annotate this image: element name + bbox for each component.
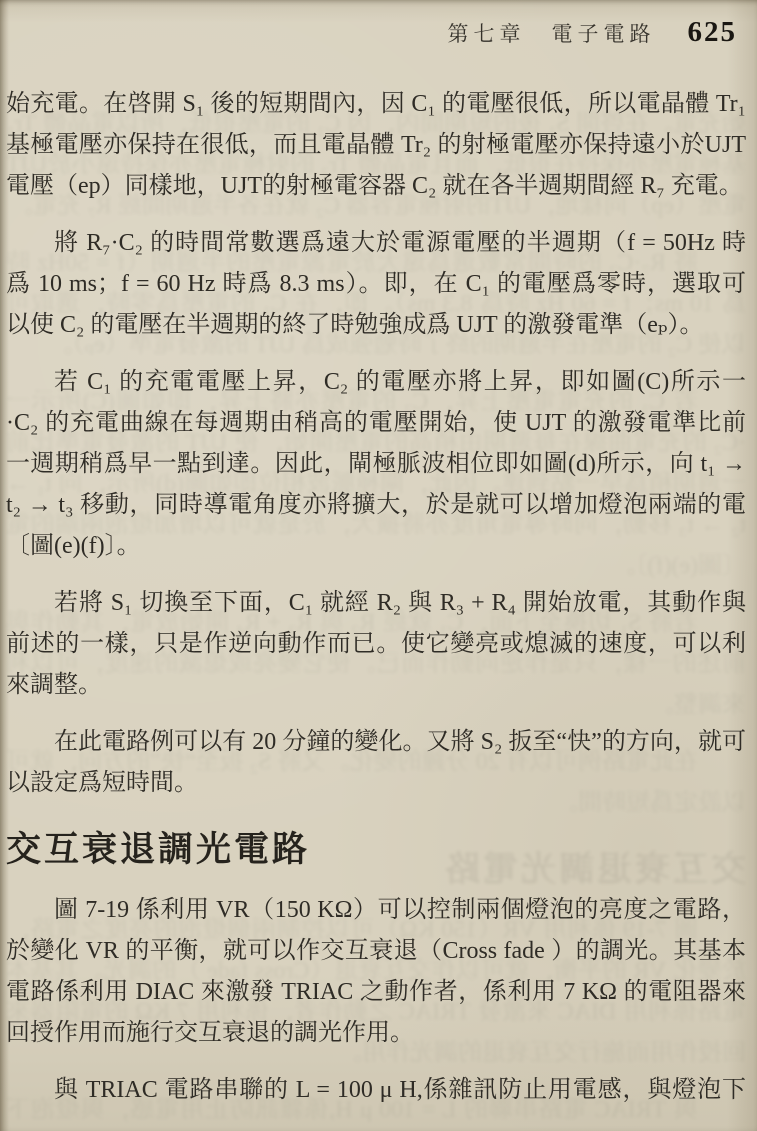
paragraph-line: 回授作用而施行交互衰退的調光作用。	[6, 1013, 746, 1054]
paragraph-line: 以設定爲短時間。	[6, 763, 746, 804]
paragraph-line: ·C₂ 的充電曲線在每週期由稍高的電壓開始，使 UJT 的激發電準比前	[6, 403, 746, 444]
page-header: 第七章 電子電路 625	[0, 16, 737, 49]
paragraph-line: 電路係利用 DIAC 來激發 TRIAC 之動作者，係利用 7 KΩ 的電阻器來…	[6, 972, 746, 1013]
paragraph-line: 與 TRIAC 電路串聯的 L = 100 μ H,係雜訊防止用電感，與燈泡下面	[6, 1070, 746, 1111]
paragraph-line: 基極電壓亦保持在很低，而且電晶體 Tr₂ 的射極電壓亦保持遠小於UJT的振盪	[6, 125, 746, 166]
paragraph-line: 來調整。	[6, 665, 746, 706]
section-heading: 交互衰退調光電路	[6, 826, 746, 874]
body-paragraph: 將 R₇·C₂ 的時間常數選爲遠大於電源電壓的半週期（f = 50Hz 時爲 1…	[6, 223, 746, 346]
paragraph-line: 一週期稍爲早一點到達。因此，閘極脈波相位即如圖(d)所示，向 t₁ →	[6, 444, 746, 485]
chapter-title: 第七章 電子電路	[448, 18, 656, 48]
paragraph-line: 圖 7-19 係利用 VR（150 KΩ）可以控制兩個燈泡的亮度之電路，由	[6, 890, 746, 931]
paragraph-line: 在此電路例可以有 20 分鐘的變化。又將 S₂ 扳至“快”的方向，就可	[6, 722, 746, 763]
page-number: 625	[688, 16, 738, 49]
paragraph-line: 始充電。在啓開 S₁ 後的短期間內，因 C₁ 的電壓很低，所以電晶體 Tr₁ 的	[6, 84, 746, 125]
paragraph-line: 前述的一樣，只是作逆向動作而已。使它變亮或熄滅的速度，可以利用 R₃	[6, 624, 746, 665]
paragraph-line: t₂ → t₃ 移動，同時導電角度亦將擴大，於是就可以增加燈泡兩端的電壓	[6, 485, 746, 526]
paragraph-line: 於變化 VR 的平衡，就可以作交互衰退（Cross fade ）的調光。其基本	[6, 931, 746, 972]
body-paragraph: 在此電路例可以有 20 分鐘的變化。又將 S₂ 扳至“快”的方向，就可以設定爲短…	[6, 722, 746, 804]
body-paragraph: 圖 7-19 係利用 VR（150 KΩ）可以控制兩個燈泡的亮度之電路，由於變化…	[6, 890, 746, 1054]
paragraph-line: 爲 10 ms；f = 60 Hz 時爲 8.3 ms）。即，在 C₁ 的電壓爲…	[6, 264, 746, 305]
paragraph-line: 〔圖(e)(f)〕。	[6, 526, 746, 567]
paragraph-line: 以使 C₂ 的電壓在半週期的終了時勉強成爲 UJT 的激發電準（eₚ）。	[6, 305, 746, 346]
paragraph-line: 若 C₁ 的充電電壓上昇，C₂ 的電壓亦將上昇，即如圖(C)所示一樣，R₇	[6, 362, 746, 403]
body-paragraph: 與 TRIAC 電路串聯的 L = 100 μ H,係雜訊防止用電感，與燈泡下面	[6, 1070, 746, 1111]
page: 第七章 電子電路 625 始充電。在啓開 S₁ 後的短期間內，因 C₁ 的電壓很…	[0, 0, 757, 1131]
body-paragraph: 若 C₁ 的充電電壓上昇，C₂ 的電壓亦將上昇，即如圖(C)所示一樣，R₇·C₂…	[6, 362, 746, 567]
paragraph-line: 將 R₇·C₂ 的時間常數選爲遠大於電源電壓的半週期（f = 50Hz 時	[6, 223, 746, 264]
body-content: 始充電。在啓開 S₁ 後的短期間內，因 C₁ 的電壓很低，所以電晶體 Tr₁ 的…	[6, 84, 746, 1111]
body-paragraph: 若將 S₁ 切換至下面，C₁ 就經 R₂ 與 R₃ + R₄ 開始放電，其動作與…	[6, 583, 746, 706]
section-heading-text: 交互衰退調光電路	[6, 826, 746, 874]
paragraph-line: 若將 S₁ 切換至下面，C₁ 就經 R₂ 與 R₃ + R₄ 開始放電，其動作與	[6, 583, 746, 624]
paragraph-line: 電壓（ep）同樣地，UJT的射極電容器 C₂ 就在各半週期間經 R₇ 充電。	[6, 166, 746, 207]
body-paragraph: 始充電。在啓開 S₁ 後的短期間內，因 C₁ 的電壓很低，所以電晶體 Tr₁ 的…	[6, 84, 746, 207]
